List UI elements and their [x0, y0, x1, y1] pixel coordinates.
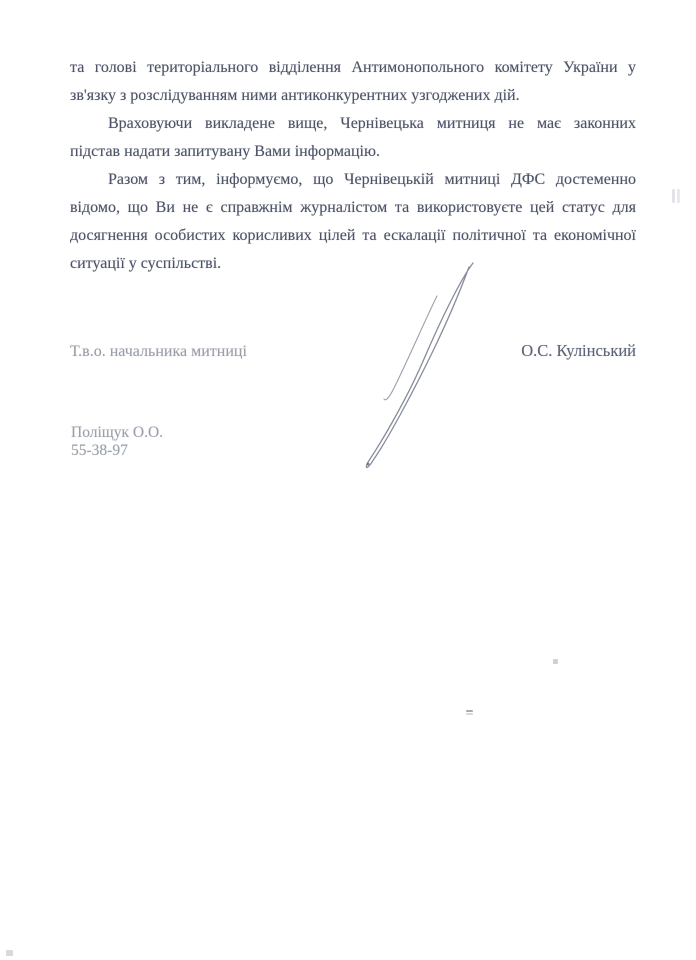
body-line: ситуації у суспільстві. [70, 250, 636, 278]
paragraph-2: Враховуючи викладене вище, Чернівецька м… [70, 110, 636, 166]
handwritten-signature-icon [358, 254, 480, 472]
scanned-letter-page: та голові територіального відділення Ант… [0, 0, 696, 960]
body-line: відомо, що Ви не є справжнім журналістом… [70, 194, 636, 222]
body-line: підстав надати запитувану Вами інформаці… [70, 138, 636, 166]
letter-body: та голові територіального відділення Ант… [70, 54, 636, 278]
signoff-row: Т.в.о. начальника митниці О.С. Кулінськи… [70, 341, 636, 361]
scan-speck [6, 950, 13, 956]
signoff-person-name: О.С. Кулінський [521, 341, 636, 361]
body-line: зв'язку з розслідуванням ними антиконкур… [70, 82, 636, 110]
executor-block: Поліщук О.О. 55-38-97 [71, 424, 163, 459]
body-line: Враховуючи викладене вище, Чернівецька м… [70, 110, 636, 138]
body-line: досягнення особистих корисливих цілей та… [70, 222, 636, 250]
executor-name: Поліщук О.О. [71, 424, 163, 442]
body-line: та голові територіального відділення Ант… [70, 54, 636, 82]
scan-speck [672, 189, 675, 203]
paragraph-1: та голові територіального відділення Ант… [70, 54, 636, 110]
signoff-position-title: Т.в.о. начальника митниці [70, 343, 247, 361]
body-line: Разом з тим, інформуємо, що Чернівецькій… [70, 166, 636, 194]
scan-speck [466, 710, 473, 712]
paragraph-3: Разом з тим, інформуємо, що Чернівецькій… [70, 166, 636, 278]
executor-phone: 55-38-97 [71, 442, 163, 460]
scan-speck [553, 659, 558, 664]
